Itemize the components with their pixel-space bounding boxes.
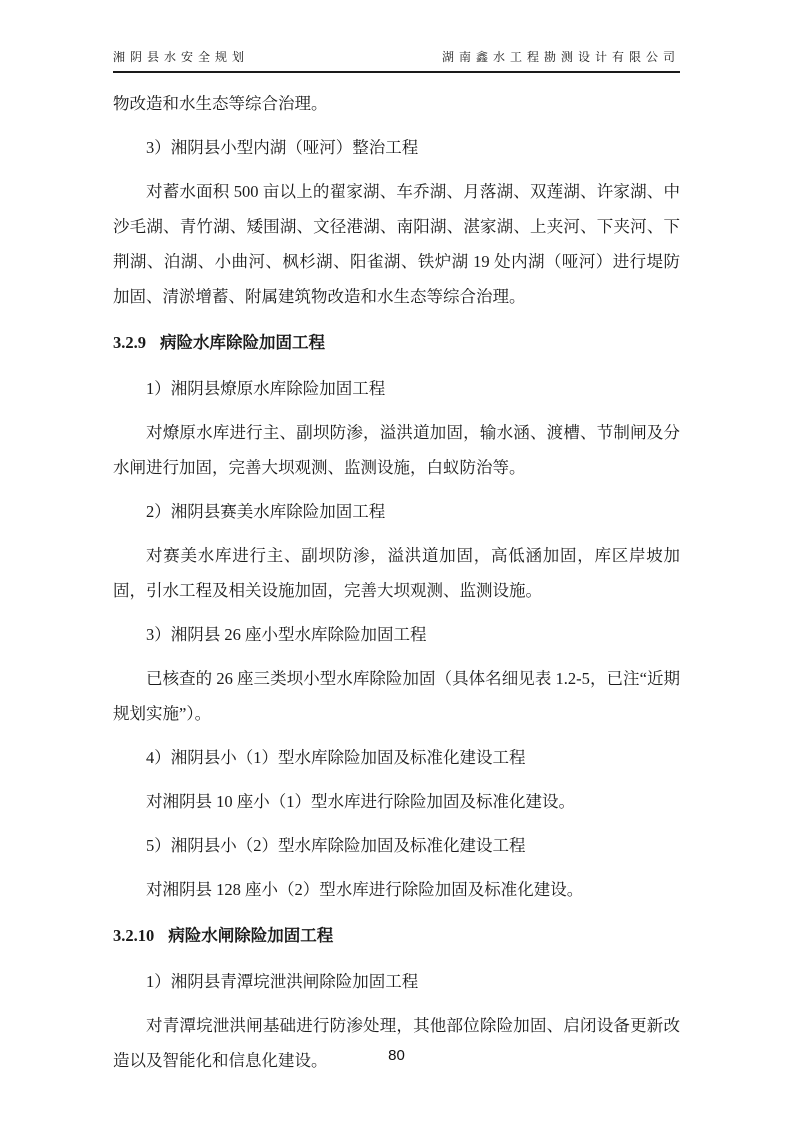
paragraph: 对赛美水库进行主、副坝防渗，溢洪道加固，高低涵加固，库区岸坡加固，引水工程及相关… [113, 538, 680, 608]
paragraph: 对青潭垸泄洪闸基础进行防渗处理，其他部位除险加固、启闭设备更新改造以及智能化和信… [113, 1008, 680, 1078]
section-number: 3.2.9 [113, 333, 146, 352]
paragraph: 对燎原水库进行主、副坝防渗，溢洪道加固，输水涵、渡槽、节制闸及分水闸进行加固，完… [113, 415, 680, 485]
list-item: 3）湘阴县小型内湖（哑河）整治工程 [113, 130, 680, 165]
section-title: 病险水库除险加固工程 [160, 333, 325, 352]
list-item: 4）湘阴县小（1）型水库除险加固及标准化建设工程 [113, 740, 680, 775]
list-item: 2）湘阴县赛美水库除险加固工程 [113, 494, 680, 529]
list-item: 5）湘阴县小（2）型水库除险加固及标准化建设工程 [113, 828, 680, 863]
header-right-company: 湖南鑫水工程勘测设计有限公司 [442, 48, 680, 65]
page-number: 80 [0, 1047, 793, 1064]
document-body: 物改造和水生态等综合治理。 3）湘阴县小型内湖（哑河）整治工程 对蓄水面积 50… [113, 73, 680, 1078]
list-item: 1）湘阴县燎原水库除险加固工程 [113, 371, 680, 406]
paragraph: 已核查的 26 座三类坝小型水库除险加固（具体名细见表 1.2-5，已注“近期规… [113, 661, 680, 731]
list-item: 1）湘阴县青潭垸泄洪闸除险加固工程 [113, 964, 680, 999]
document-page: 湘阴县水安全规划 湖南鑫水工程勘测设计有限公司 物改造和水生态等综合治理。 3）… [0, 0, 793, 1122]
paragraph: 对湘阴县 10 座小（1）型水库进行除险加固及标准化建设。 [113, 784, 680, 819]
list-item: 3）湘阴县 26 座小型水库除险加固工程 [113, 617, 680, 652]
section-number: 3.2.10 [113, 926, 154, 945]
section-heading-3-2-10: 3.2.10病险水闸除险加固工程 [113, 918, 680, 953]
paragraph: 对蓄水面积 500 亩以上的翟家湖、车乔湖、月落湖、双莲湖、许家湖、中沙毛湖、青… [113, 174, 680, 314]
paragraph-continuation: 物改造和水生态等综合治理。 [113, 86, 680, 121]
section-heading-3-2-9: 3.2.9病险水库除险加固工程 [113, 325, 680, 360]
section-title: 病险水闸除险加固工程 [168, 926, 333, 945]
header-left-title: 湘阴县水安全规划 [113, 48, 249, 65]
paragraph: 对湘阴县 128 座小（2）型水库进行除险加固及标准化建设。 [113, 872, 680, 907]
page-header: 湘阴县水安全规划 湖南鑫水工程勘测设计有限公司 [113, 48, 680, 73]
